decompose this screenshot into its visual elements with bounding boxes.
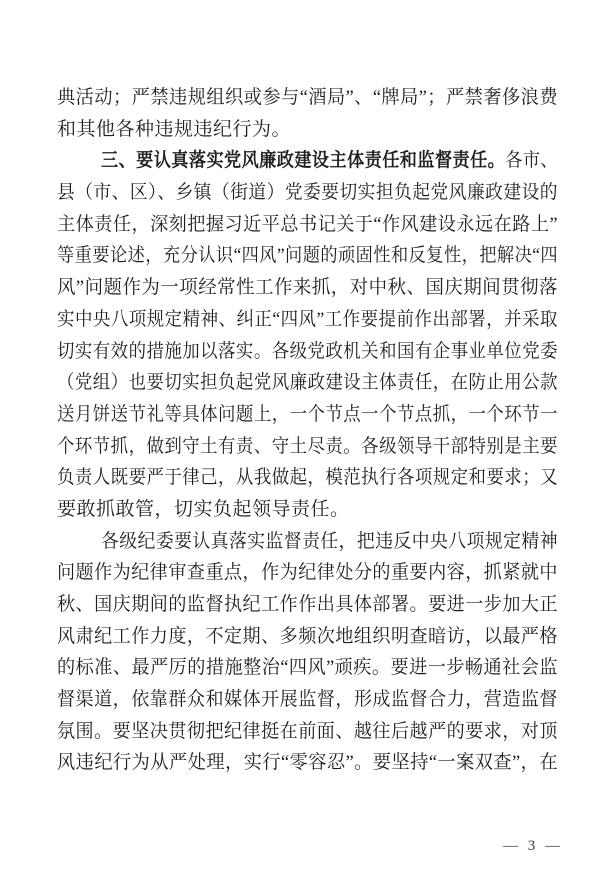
text-line: （党组）也要切实担负起党风廉政建设主体责任，在防止用公款 (57, 367, 558, 399)
document-body: 典活动；严禁违规组织或参与“酒局”、“牌局”；严禁奢侈浪费 和其他各种违规违纪行… (57, 82, 558, 779)
text-line: 风违纪行为从严处理，实行“零容忍”。要坚持“一案双查”，在 (57, 747, 558, 779)
section-heading-line: 三、要认真落实党风廉政建设主体责任和监督责任。各市、 (57, 145, 558, 177)
text-line: 和其他各种违规违纪行为。 (57, 114, 558, 146)
text-line: 主体责任，深刻把握习近平总书记关于“作风建设永远在路上” (57, 209, 558, 241)
text-line: 氛围。要坚决贯彻把纪律挺在前面、越往后越严的要求，对顶 (57, 716, 558, 748)
text-line: 切实有效的措施加以落实。各级党政机关和国有企事业单位党委 (57, 336, 558, 368)
section-heading-tail: 各市、 (505, 150, 558, 171)
section-heading-bold: 三、要认真落实党风廉政建设主体责任和监督责任。 (101, 150, 505, 171)
text-line: 个环节抓，做到守土有责、守土尽责。各级领导干部特别是主要 (57, 431, 558, 463)
text-line: 等重要论述，充分认识“四风”问题的顽固性和反复性，把解决“四 (57, 240, 558, 272)
text-line: 各级纪委要认真落实监督责任，把违反中央八项规定精神 (57, 526, 558, 558)
text-line: 风”问题作为一项经常性工作来抓，对中秋、国庆期间贯彻落 (57, 272, 558, 304)
text-line: 负责人既要严于律己，从我做起，模范执行各项规定和要求；又 (57, 462, 558, 494)
page-number: — 3 — (503, 838, 563, 855)
text-line: 县（市、区）、乡镇（街道）党委要切实担负起党风廉政建设的 (57, 177, 558, 209)
text-line: 实中央八项规定精神、纠正“四风”工作要提前作出部署，并采取 (57, 304, 558, 336)
text-line: 送月饼送节礼等具体问题上，一个节点一个节点抓，一个环节一 (57, 399, 558, 431)
text-line: 典活动；严禁违规组织或参与“酒局”、“牌局”；严禁奢侈浪费 (57, 82, 558, 114)
document-page: 典活动；严禁违规组织或参与“酒局”、“牌局”；严禁奢侈浪费 和其他各种违规违纪行… (0, 0, 613, 892)
text-line: 秋、国庆期间的监督执纪工作作出具体部署。要进一步加大正 (57, 589, 558, 621)
text-line: 风肃纪工作力度，不定期、多频次地组织明查暗访，以最严格 (57, 621, 558, 653)
text-line: 问题作为纪律审查重点，作为纪律处分的重要内容，抓紧就中 (57, 557, 558, 589)
text-line: 的标准、最严厉的措施整治“四风”顽疾。要进一步畅通社会监 (57, 652, 558, 684)
text-line: 要敢抓敢管，切实负起领导责任。 (57, 494, 558, 526)
text-line: 督渠道，依靠群众和媒体开展监督，形成监督合力，营造监督 (57, 684, 558, 716)
